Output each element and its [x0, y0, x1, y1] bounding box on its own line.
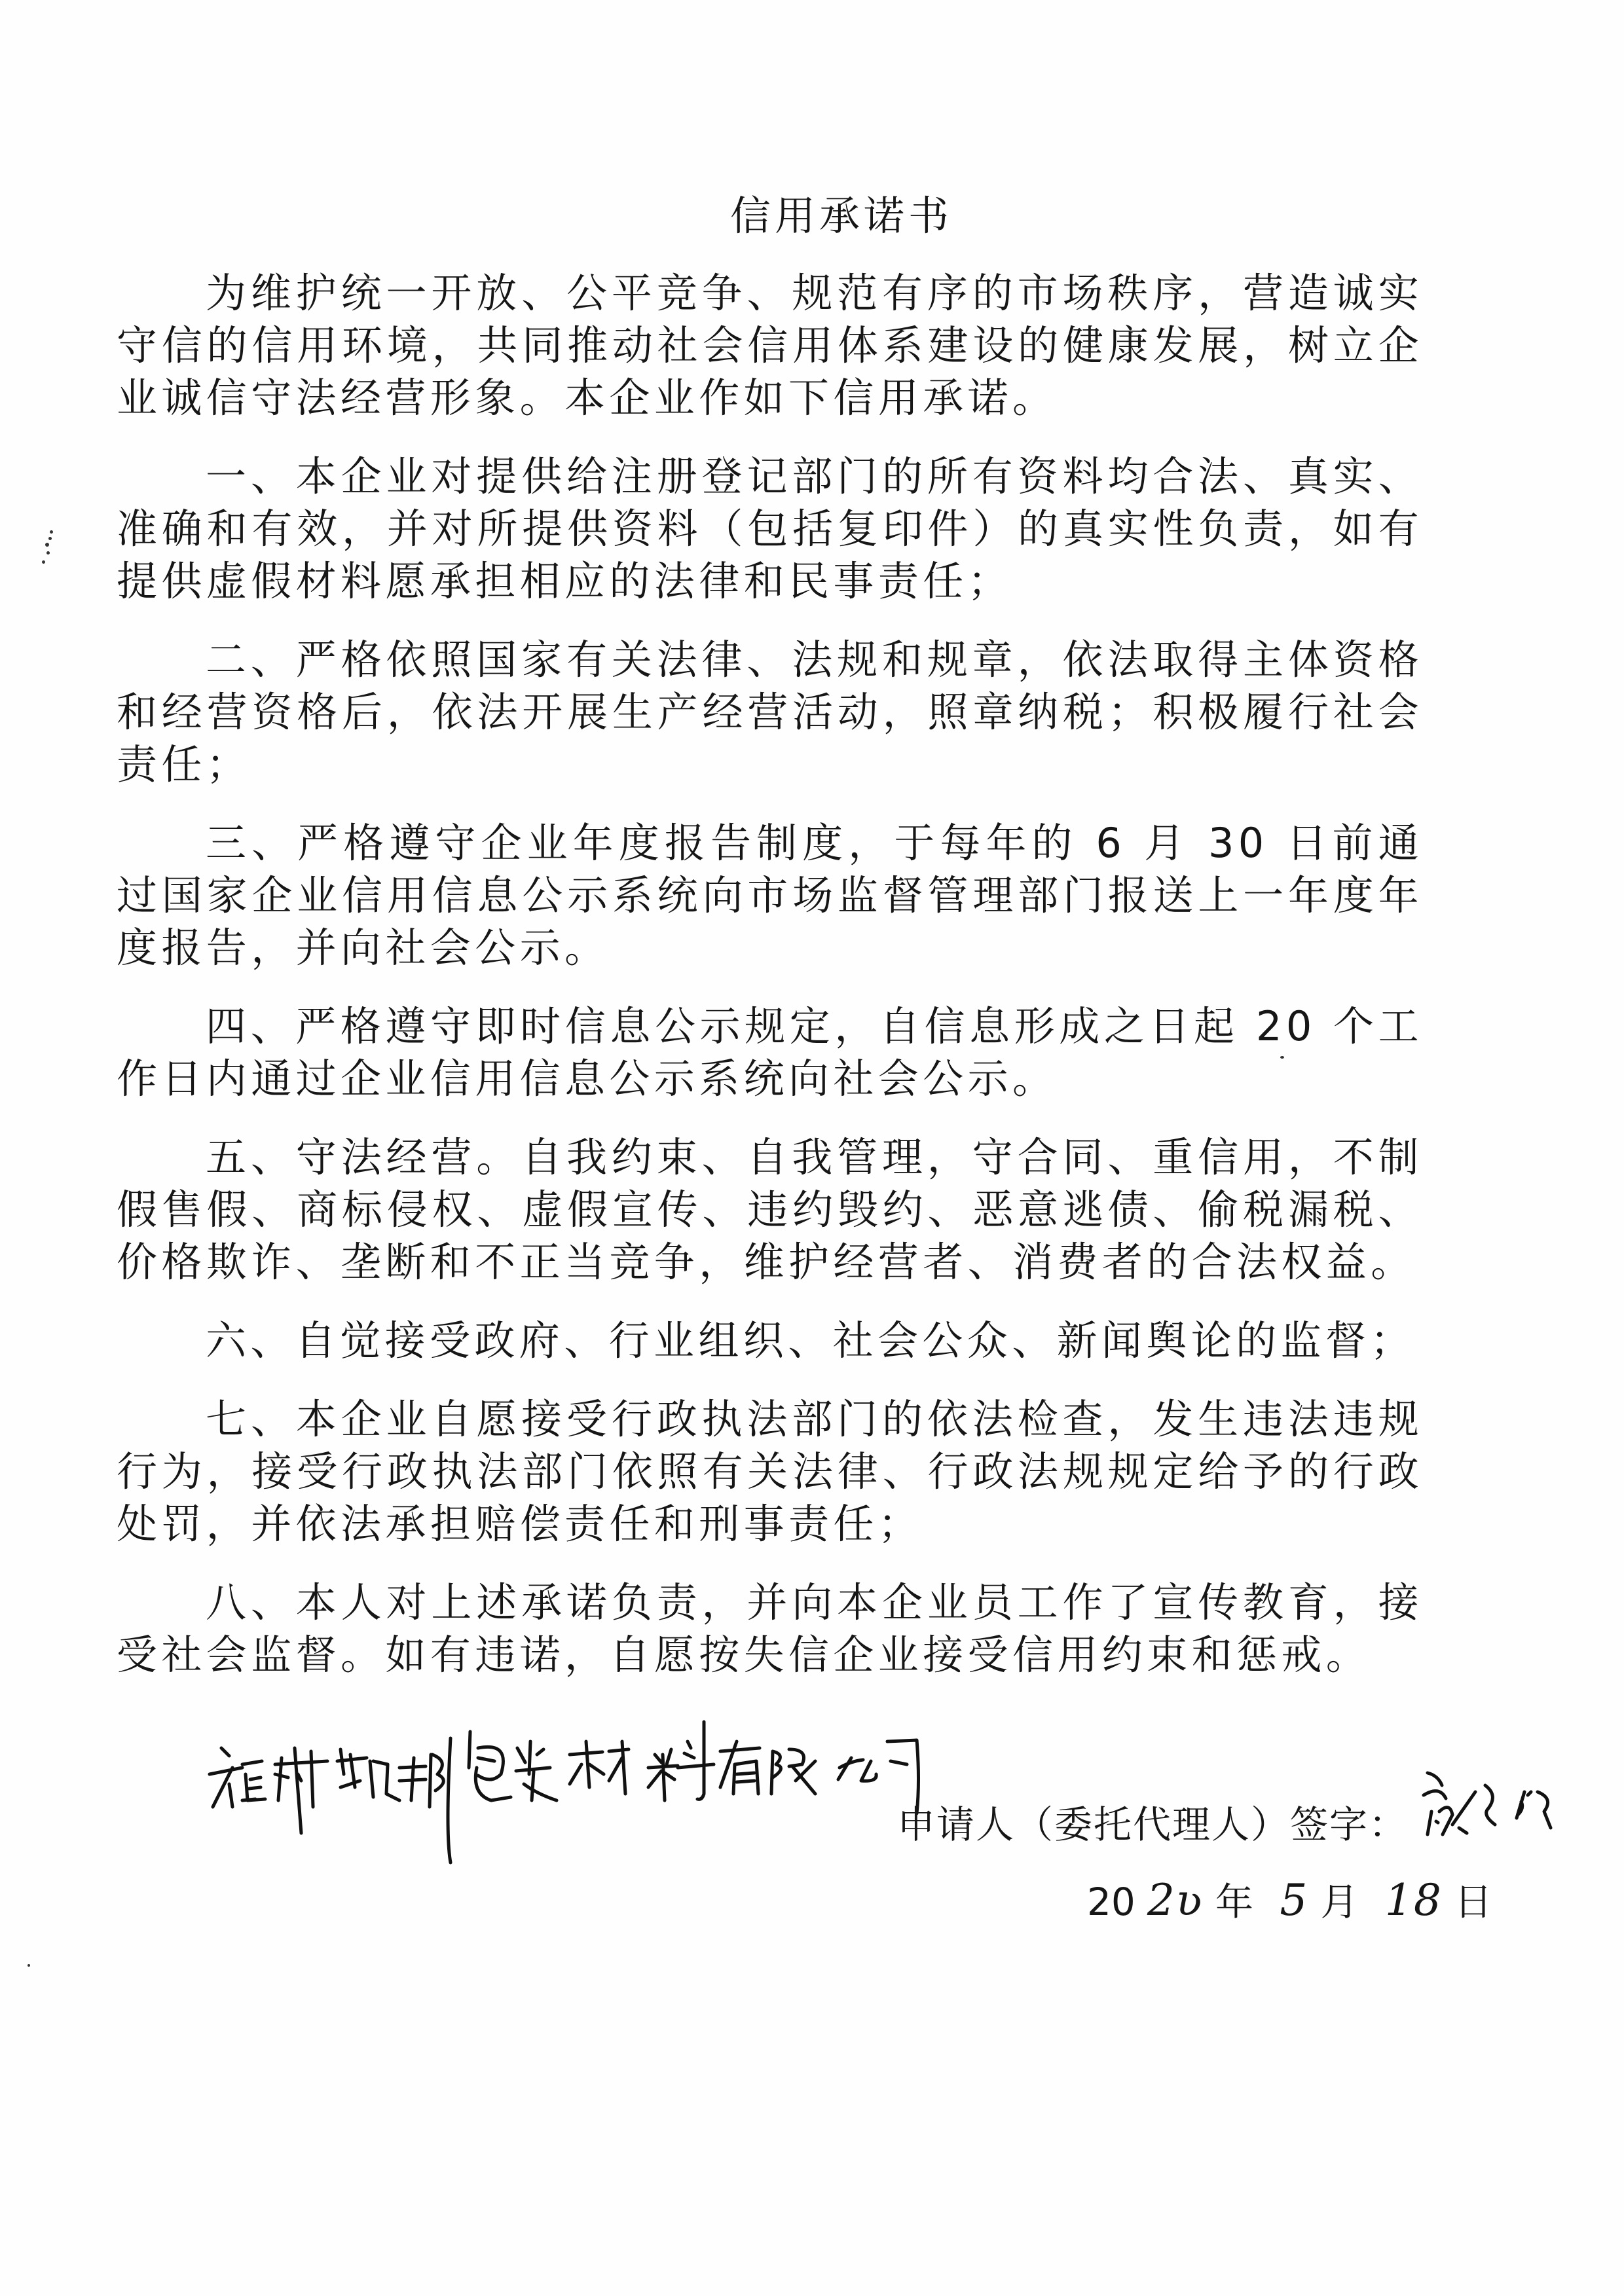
date-month-label: 月	[1320, 1880, 1359, 1924]
handwritten-company-name: 福州凯邦包装材料有限公司	[203, 1702, 1094, 1879]
clause-7: 七、本企业自愿接受行政执法部门的依法检查，发生违法违规行为，接受行政执法部门依照…	[117, 1393, 1423, 1550]
clause-8: 八、本人对上述承诺负责，并向本企业员工作了宣传教育，接受社会监督。如有违诺，自愿…	[117, 1576, 1423, 1681]
date-year-printed: 20	[1087, 1880, 1135, 1924]
scan-speck	[48, 537, 52, 540]
signature-strokes	[1420, 1762, 1616, 1854]
applicant-signature: 高伙仔	[1420, 1762, 1616, 1854]
signature-label: 申请人（委托代理人）签字：	[897, 1794, 1408, 1849]
document-title: 信用承诺书	[0, 183, 1624, 242]
document-page: 信用承诺书 为维护统一开放、公平竞争、规范有序的市场秩序，营造诚实守信的信用环境…	[0, 0, 1624, 2296]
signing-date: 202ʋ年 5月 18日	[1087, 1871, 1494, 1926]
scan-speck	[45, 543, 49, 547]
date-year-handwritten: 2ʋ	[1147, 1875, 1204, 1925]
date-day-label: 日	[1454, 1880, 1494, 1924]
document-body: 为维护统一开放、公平竞争、规范有序的市场秩序，营造诚实守信的信用环境，共同推动社…	[117, 267, 1423, 1681]
clause-3: 三、严格遵守企业年度报告制度，于每年的 6 月 30 日前通过国家企业信用信息公…	[117, 817, 1423, 974]
clause-6: 六、自觉接受政府、行业组织、社会公众、新闻舆论的监督；	[117, 1315, 1423, 1367]
date-year-label: 年	[1215, 1880, 1255, 1924]
scan-speck	[50, 530, 53, 534]
intro-paragraph: 为维护统一开放、公平竞争、规范有序的市场秩序，营造诚实守信的信用环境，共同推动社…	[117, 267, 1423, 424]
clause-4: 四、严格遵守即时信息公示规定，自信息形成之日起 20 个工作日内通过企业信用信息…	[117, 1000, 1423, 1105]
scan-speck	[1280, 1056, 1284, 1059]
handwriting-strokes	[203, 1702, 1094, 1879]
clause-5: 五、守法经营。自我约束、自我管理，守合同、重信用，不制假售假、商标侵权、虚假宣传…	[117, 1131, 1423, 1288]
clause-2: 二、严格依照国家有关法律、法规和规章，依法取得主体资格和经营资格后，依法开展生产…	[117, 634, 1423, 791]
date-day: 18	[1385, 1875, 1443, 1925]
scan-speck	[46, 551, 50, 555]
clause-1: 一、本企业对提供给注册登记部门的所有资料均合法、真实、准确和有效，并对所提供资料…	[117, 450, 1423, 608]
scan-speck	[42, 560, 45, 564]
scan-speck	[28, 1964, 30, 1967]
date-month: 5	[1280, 1875, 1308, 1925]
